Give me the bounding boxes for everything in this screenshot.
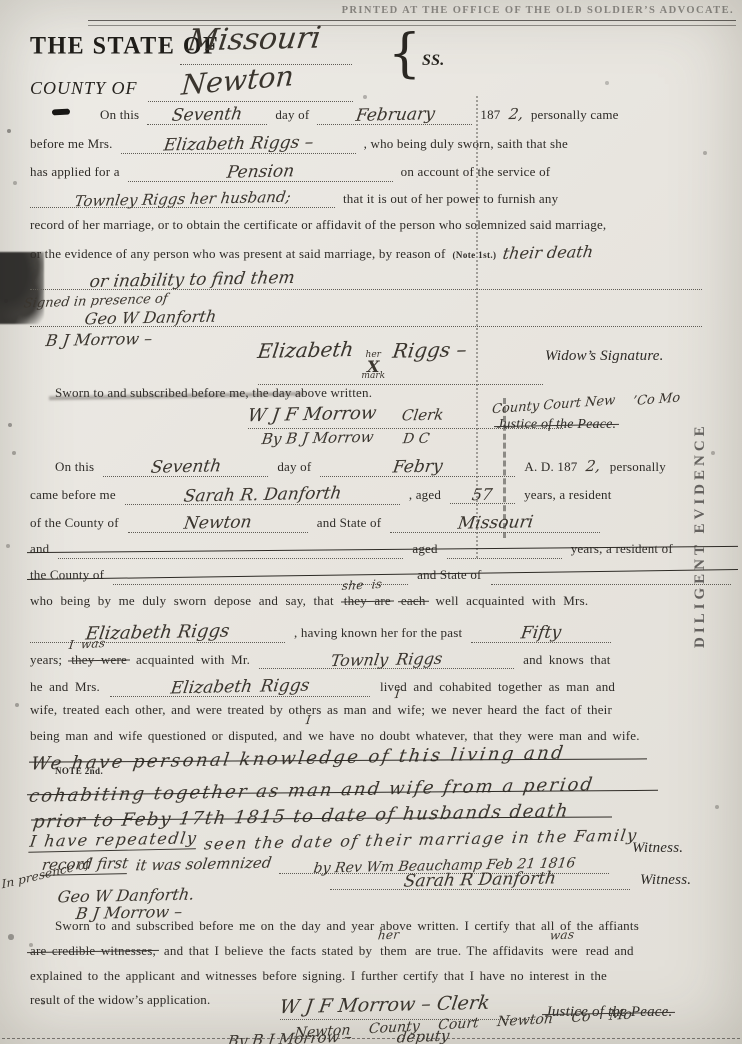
printed-text: years, a resident [524,487,612,503]
printed-text: read and [586,943,634,959]
certify-line-2: are credible witnesses,and that I believ… [30,943,634,959]
printed-text: and knows that [523,652,611,668]
deposition-line-1: who being by me duly sworn depose and sa… [30,593,588,609]
empty-blank [609,567,613,585]
witness-label-1: Witness. [632,840,683,857]
printed-text: On this [100,107,139,123]
handwritten-text: 2, [585,457,602,475]
scan-speckles [0,0,2,2]
overwritten-correction: was [549,927,575,942]
handwritten-entry: Newton [183,512,253,533]
printed-text: no doubt whatever, that they were man an… [361,728,640,744]
handwritten-text: W J F Morrow [246,403,377,427]
note-2nd: NOTE 2nd. [55,766,103,776]
form-blank: Townly Riggs [259,649,514,669]
handwritten-text: Elizabeth [256,337,355,363]
handwritten-entry: Townly Riggs [330,649,444,670]
form-blank: Fifty [471,622,611,643]
printed-text: result of the widow’s application. [30,992,210,1008]
ink-dash-mark [52,109,70,116]
handwritten-text: I have repeatedly [28,828,198,852]
printed-text: and State of [317,515,382,531]
handwritten-entry: Townley Riggs her husband; [73,188,292,211]
handwritten-entry: Fifty [520,623,563,644]
printed-text: being man and wife questioned or dispute… [30,728,302,744]
printed-text: he and Mrs. [30,679,100,695]
handwritten-entry: Pension [225,161,295,182]
handwritten-text: deputy [396,1027,451,1044]
witness-date-line: On thisSeventhday ofFebryA. D. 1872,pers… [55,456,666,477]
printed-text: who being by me duly sworn depose and sa… [30,593,334,609]
applicant-line: before me Mrs.Elizabeth Riggs –, who bei… [30,133,568,154]
printed-text: we never heard the fact of their [431,702,612,718]
note-reference: NOTE 2nd. [55,766,103,776]
form-blank: Seventh [103,456,268,477]
printed-text: are true. The affidavits [415,943,544,959]
struck-handwriting-3: prior to Feby 17th 1815 to date of husba… [34,806,609,827]
struck-handwriting-1: We have personal knowledge of this livin… [32,748,644,769]
printed-text: years; [30,652,62,668]
printed-text: we haveI [308,728,354,744]
printed-text: that it is out of her power to furnish a… [343,191,558,207]
printed-text: explained to the applicant and witnesses… [30,968,607,984]
form-blank: Newton [128,512,308,533]
overwritten-correction: her [377,927,400,942]
jurat-1: Sworn to and subscribed before me, the d… [55,385,372,401]
handwritten-entry: Seventh [149,456,222,477]
printed-text: themher [380,943,407,959]
handwritten-entry: Seventh [171,104,244,125]
handwritten-text: By B J Morrow – [227,1027,353,1044]
form-blank: February [317,104,472,125]
form-blank: or inability to find them [30,269,702,290]
printed-text: personally [610,459,666,475]
handwritten-text: By B J Morrow [261,428,375,448]
handwritten-entry: Sarah R. Danforth [182,483,342,506]
ss-label: SS. [422,52,444,70]
handwritten-entry: Geo W Danforth [83,307,217,329]
printed-text: On this [55,459,94,475]
form-blank: Seventh [147,104,267,125]
presence-witness-1: Geo W Danforth [30,307,702,327]
justice-label-1: Justice of the Peace. [497,417,616,433]
printed-text: , aged [409,487,441,503]
handwritten-text: W J F Morrow – Clerk [278,992,491,1018]
printed-text: and [30,541,49,557]
widow-signature-label: Widow’s Signature. [545,348,664,365]
state-value-handwritten: Missouri [185,21,323,59]
handwritten-entry: or inability to find them [88,268,296,292]
presence-witness-2: B J Morrow – [46,330,152,349]
printed-text: A. D. 187 [524,459,577,475]
printed-text: on account of the service of [401,164,551,180]
county-label: COUNTY OF [30,78,138,99]
handwritten-entry: Elizabeth Riggs [84,621,231,645]
printed-text: , who being duly sworn, saith that she [364,136,568,152]
printed-text: and that I believe the facts stated by [164,943,372,959]
handwritten-entry: Missouri [456,512,534,534]
record-line: record of her marriage, or to obtain the… [30,217,606,233]
printed-text: Witness. [640,872,691,889]
handwritten-entry: Sarah R Danforth [403,868,558,891]
form-blank: 57 [450,484,515,504]
overwritten-correction: I was [68,636,106,652]
struck-blank-line-1: and aged years, a resident of [30,540,735,559]
form-blank: Sarah R Danforth [330,869,630,890]
form-blank: Febry [320,456,515,477]
blank-underline [148,101,353,102]
printed-text: lived and cohabited together as man and [380,679,615,695]
printer-imprint: PRINTED AT THE OFFICE OF THE OLD SOLDIER… [300,5,734,16]
form-blank: Missouri [390,512,600,533]
printed-text: Witness. [632,840,683,857]
form-blank: Elizabeth Riggs [30,621,285,643]
handwritten-entry: Febry [392,456,444,477]
form-blank: Elizabeth Riggs – [121,133,356,154]
oath-date-line: On thisSeventhday ofFebruary1872,persona… [100,104,619,125]
printed-text: day of [275,107,309,123]
deposition-line-2: Elizabeth Riggs, having known her for th… [30,621,611,643]
reason-continued: or inability to find them [30,269,702,290]
printed-text: before me Mrs. [30,136,113,152]
county-value-handwritten: Newton [180,59,295,102]
printed-text: wife;I [397,702,425,718]
certify-line-4: result of the widow’s application. [30,992,210,1008]
handwritten-text: seen the date of their marriage in the F… [203,825,639,853]
printed-text: herXmark [361,352,385,381]
printed-text: came before me [30,487,116,503]
form-blank: Elizabeth Riggs [110,676,370,697]
printed-text: are credible witnesses, [30,943,156,959]
printed-text: they wereI was [71,652,127,668]
form-blank [447,540,562,559]
widow-signature: ElizabethherXmarkRiggs – [258,338,543,385]
form-blank: Sarah R. Danforth [125,484,400,505]
printed-text: Widow’s Signature. [545,348,664,365]
deposition-line-3: years;they wereI wasacquainted with Mr.T… [30,649,611,669]
service-line: Townley Riggs her husband;that it is out… [30,189,558,208]
handwritten-entry: Elizabeth Riggs [169,676,310,699]
deputy-signature-1: By B J MorrowD C [262,429,430,447]
handwritten-entry: 57 [471,485,494,504]
empty-blank [502,541,506,559]
overwritten-correction: she is [341,577,383,593]
deposition-line-4: he and Mrs.Elizabeth Riggslived and coha… [30,676,615,697]
printed-text: personally came [531,107,619,123]
printed-text: they areshe is [344,593,391,609]
form-blank: Pension [128,161,393,182]
printed-text: 187 [480,107,500,123]
handwritten-text: D C [402,431,431,448]
printed-text: Justice of the Peace. [497,417,616,433]
printed-text: wife, treated each other, and were treat… [30,702,391,718]
handwritten-entry: Elizabeth Riggs – [162,132,314,155]
pension-line: has applied for aPensionon account of th… [30,161,550,182]
printed-text: werewas [552,943,578,959]
handwritten-text: their death [502,242,595,263]
bottom-rule [2,1038,740,1039]
brace-glyph: { [388,24,421,84]
note-reference: (Note 1st.) [453,250,497,260]
deposition-line-5: wife, treated each other, and were treat… [30,702,612,718]
form-blank: Townley Riggs her husband; [30,189,335,208]
printed-text: each [401,593,426,609]
witness-signature-line: Sarah R DanforthWitness. [330,869,691,890]
overwritten-correction: I [306,713,312,727]
printed-text: well acquainted with Mrs. [436,593,589,609]
printed-text: has applied for a [30,164,120,180]
printed-text: of the County of [30,515,119,531]
printed-text: record of her marriage, or to obtain the… [30,217,606,233]
handwritten-text: 2, [507,105,524,123]
form-blank: Geo W Danforth [30,307,702,327]
printed-text: acquainted with Mr. [136,652,250,668]
handwritten-text: ’Co Mo [632,391,680,410]
struck-handwriting-2: cohabiting together as man and wife from… [30,780,655,801]
scanned-affidavit-page: PRINTED AT THE OFFICE OF THE OLD SOLDIER… [0,0,742,1044]
rotated-margin-text: DILIGENT EVIDENCE [692,318,709,648]
witness-residence-line: of the County ofNewtonand State ofMissou… [30,512,600,533]
printed-text: years, a resident of [571,541,673,557]
reason-line: or the evidence of any person who was pr… [30,243,593,262]
handwritten-text: B J Morrow – [45,329,154,350]
deposition-line-6: being man and wife questioned or dispute… [30,728,640,744]
deputy-signature-2: By B J Morrow –deputy [228,1027,449,1044]
handwritten-entry: February [354,104,436,126]
struck-blank-line-2: the County of and State of [30,566,735,585]
printed-text: or the evidence of any person who was pr… [30,246,446,262]
handwritten-text: Clerk [401,406,445,425]
signature-mark-mark: mark [361,373,385,381]
handwritten-text: Riggs – [391,337,468,363]
printed-text: , having known her for the past [294,625,462,641]
printed-text: the County of [30,567,104,583]
printed-text: and State of [417,567,482,583]
handwritten-text: it was solemnized [134,854,272,875]
in-presence-of: In presence of [2,867,89,881]
witness-name-line: came before meSarah R. Danforth, aged57y… [30,484,612,505]
certify-line-3: explained to the applicant and witnesses… [30,968,607,984]
marriage-record-line-1: I have repeatedlyseen the date of their … [30,830,637,851]
printed-text: day of [277,459,311,475]
